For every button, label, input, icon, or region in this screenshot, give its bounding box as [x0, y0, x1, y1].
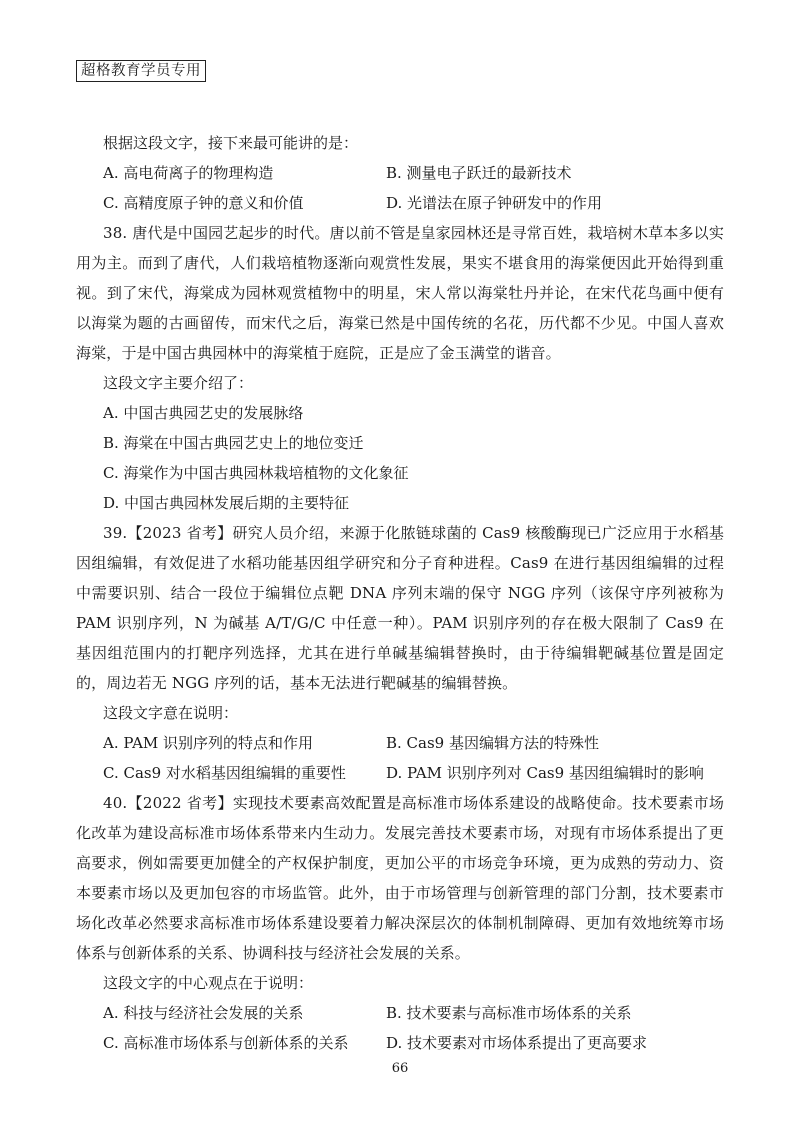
question-prompt: 这段文字的中心观点在于说明：: [76, 968, 724, 998]
question-source: 【2022 省考】: [127, 794, 233, 812]
option-c: C. Cas9 对水稻基因组编辑的重要性: [103, 758, 386, 788]
option-c: C. 高标准市场体系与创新体系的关系: [103, 1028, 386, 1058]
question-prompt: 这段文字主要介绍了：: [76, 368, 724, 398]
watermark-stamp: 超格教育学员专用: [76, 60, 206, 82]
question-38: 38. 唐代是中国园艺起步的时代。唐以前不管是皇家园林还是寻常百姓，栽培树木草本…: [76, 218, 724, 518]
option-d: D. 技术要素对市场体系提出了更高要求: [386, 1028, 669, 1058]
option-c: C. 海棠作为中国古典园林栽培植物的文化象征: [76, 458, 724, 488]
page-content: 根据这段文字，接下来最可能讲的是： A. 高电荷离子的物理构造 B. 测量电子跃…: [76, 128, 724, 1058]
options-row: C. Cas9 对水稻基因组编辑的重要性 D. PAM 识别序列对 Cas9 基…: [76, 758, 724, 788]
question-passage: 39.【2023 省考】研究人员介绍，来源于化脓链球菌的 Cas9 核酸酶现已广…: [76, 518, 724, 698]
option-a: A. 科技与经济社会发展的关系: [103, 998, 386, 1028]
option-b: B. 测量电子跃迁的最新技术: [386, 158, 669, 188]
option-d: D. 中国古典园林发展后期的主要特征: [76, 488, 724, 518]
option-d: D. PAM 识别序列对 Cas9 基因组编辑时的影响: [386, 758, 669, 788]
options-row: A. PAM 识别序列的特点和作用 B. Cas9 基因编辑方法的特殊性: [76, 728, 724, 758]
options-row: C. 高精度原子钟的意义和价值 D. 光谱法在原子钟研发中的作用: [76, 188, 724, 218]
stamp-text: 超格教育学员专用: [81, 63, 201, 79]
options-row: A. 高电荷离子的物理构造 B. 测量电子跃迁的最新技术: [76, 158, 724, 188]
page-number: 66: [0, 1061, 800, 1076]
question-39: 39.【2023 省考】研究人员介绍，来源于化脓链球菌的 Cas9 核酸酶现已广…: [76, 518, 724, 788]
question-prompt: 根据这段文字，接下来最可能讲的是：: [76, 128, 724, 158]
question-source: 【2023 省考】: [127, 524, 232, 542]
passage-text: 研究人员介绍，来源于化脓链球菌的 Cas9 核酸酶现已广泛应用于水稻基因组编辑，…: [76, 524, 724, 692]
option-b: B. 技术要素与高标准市场体系的关系: [386, 998, 669, 1028]
question-prompt: 这段文字意在说明：: [76, 698, 724, 728]
options-row: C. 高标准市场体系与创新体系的关系 D. 技术要素对市场体系提出了更高要求: [76, 1028, 724, 1058]
option-d: D. 光谱法在原子钟研发中的作用: [386, 188, 669, 218]
question-number: 38.: [103, 224, 127, 242]
question-40: 40.【2022 省考】实现技术要素高效配置是高标准市场体系建设的战略使命。技术…: [76, 788, 724, 1058]
question-number: 40.: [103, 794, 127, 812]
question-passage: 38. 唐代是中国园艺起步的时代。唐以前不管是皇家园林还是寻常百姓，栽培树木草本…: [76, 218, 724, 368]
options-row: A. 科技与经济社会发展的关系 B. 技术要素与高标准市场体系的关系: [76, 998, 724, 1028]
option-a: A. PAM 识别序列的特点和作用: [103, 728, 386, 758]
option-c: C. 高精度原子钟的意义和价值: [103, 188, 386, 218]
passage-text: 唐代是中国园艺起步的时代。唐以前不管是皇家园林还是寻常百姓，栽培树木草本多以实用…: [76, 224, 724, 362]
question-passage: 40.【2022 省考】实现技术要素高效配置是高标准市场体系建设的战略使命。技术…: [76, 788, 724, 968]
passage-text: 实现技术要素高效配置是高标准市场体系建设的战略使命。技术要素市场化改革为建设高标…: [76, 794, 724, 962]
option-a: A. 中国古典园艺史的发展脉络: [76, 398, 724, 428]
prev-question: 根据这段文字，接下来最可能讲的是： A. 高电荷离子的物理构造 B. 测量电子跃…: [76, 128, 724, 218]
option-b: B. 海棠在中国古典园艺史上的地位变迁: [76, 428, 724, 458]
option-b: B. Cas9 基因编辑方法的特殊性: [386, 728, 669, 758]
option-a: A. 高电荷离子的物理构造: [103, 158, 386, 188]
question-number: 39.: [103, 524, 127, 542]
